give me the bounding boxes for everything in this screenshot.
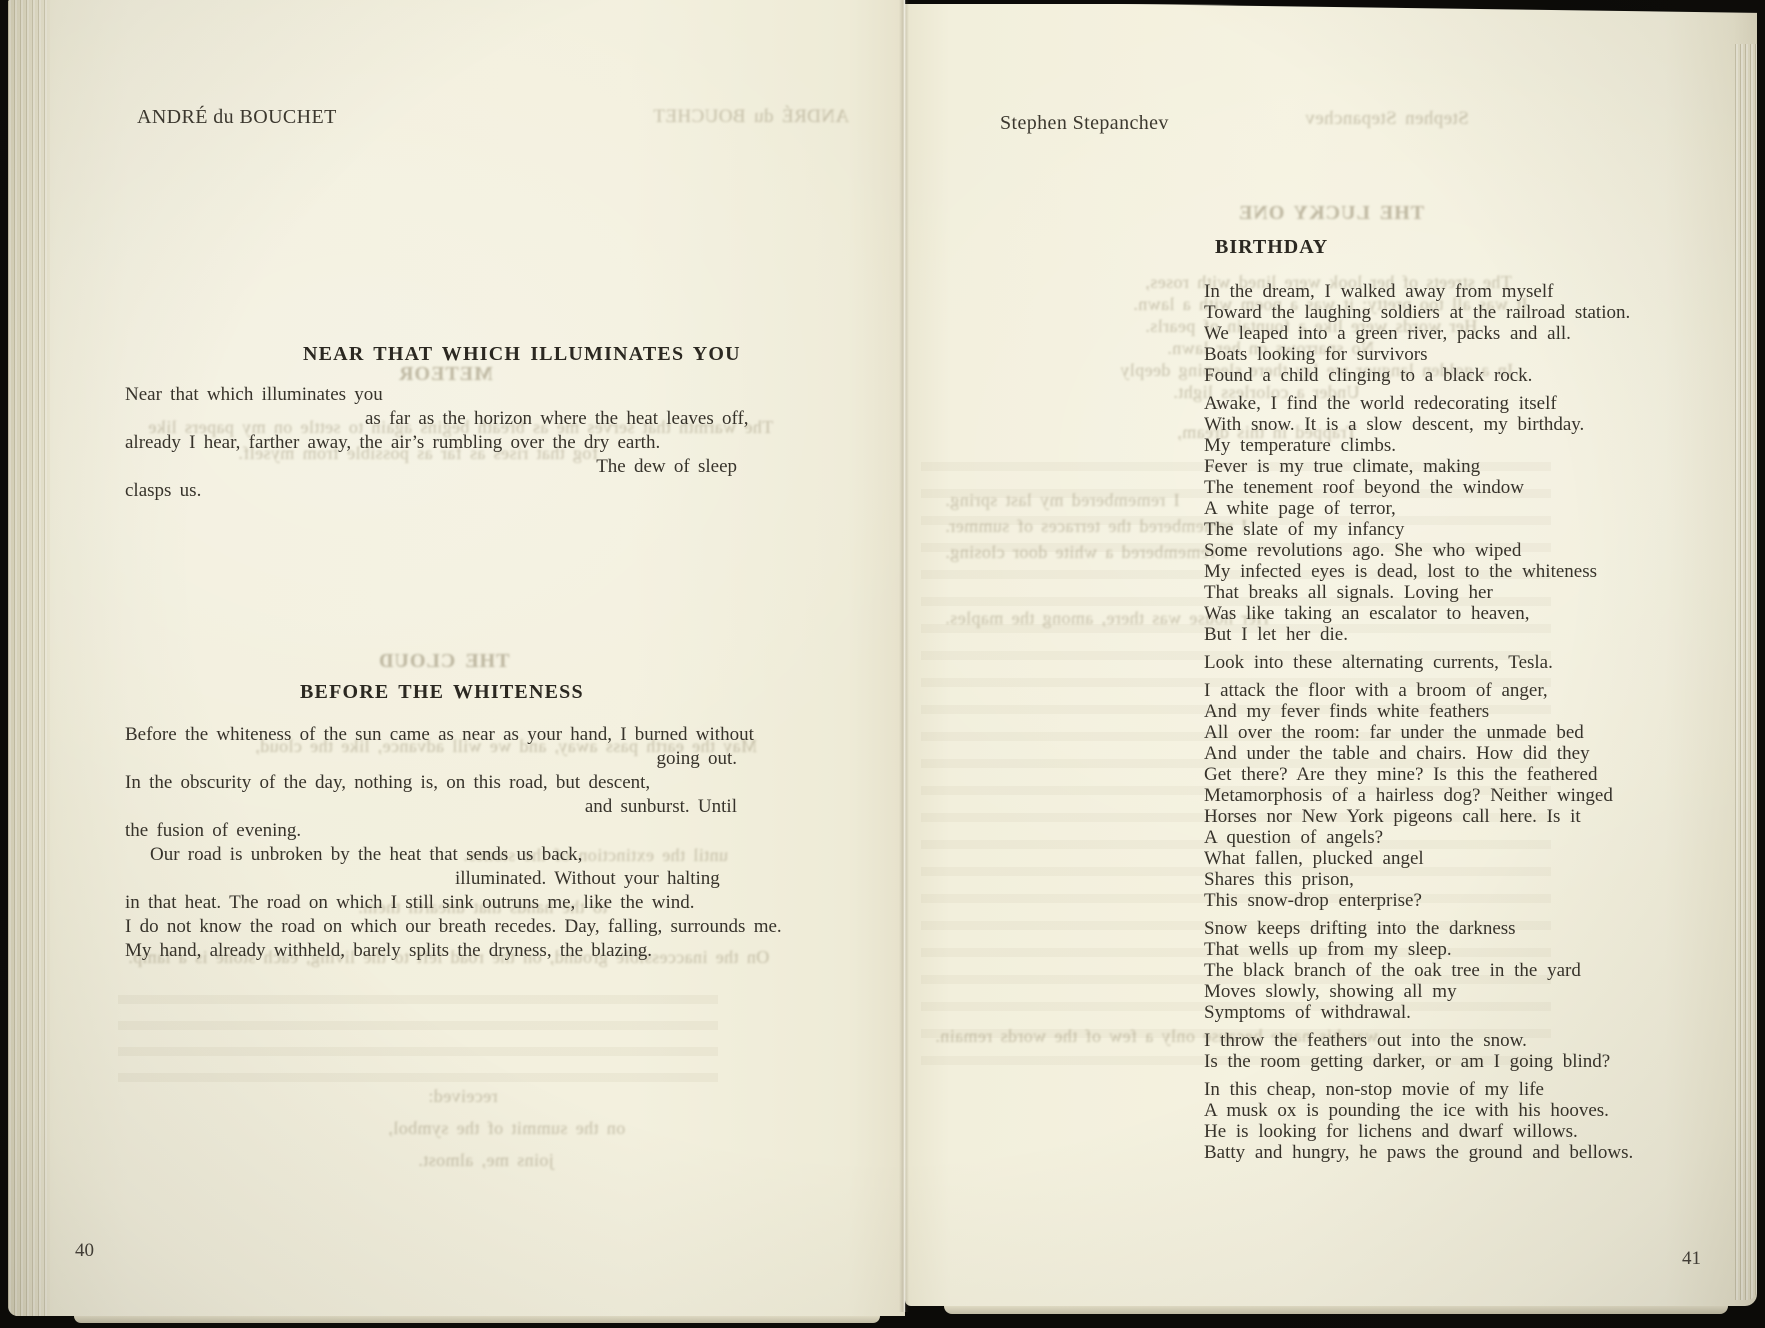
poem-line: Some revolutions ago. She who wiped xyxy=(1204,540,1634,561)
stanza: I attack the floor with a broom of anger… xyxy=(1204,680,1634,911)
poem-body-before-the-whiteness: Before the whiteness of the sun came as … xyxy=(125,723,737,963)
poem-line: And under the table and chairs. How did … xyxy=(1204,743,1634,764)
poem-line: and sunburst. Until xyxy=(125,795,737,819)
right-page: Stephen StepanchevTHE LUCKY ONEThe stree… xyxy=(905,4,1757,1306)
ghost-bleed-text: joins me, almost. xyxy=(418,1150,554,1171)
ghost-bleed-text: THE LUCKY ONE xyxy=(1238,202,1424,225)
poem-line: Near that which illuminates you xyxy=(125,383,737,407)
poem-line: illuminated. Without your halting xyxy=(455,867,737,891)
page-edges-bottom-left xyxy=(74,1316,880,1323)
poem-body-birthday: In the dream, I walked away from myselfT… xyxy=(1204,281,1634,1170)
poem-line: The tenement roof beyond the window xyxy=(1204,477,1634,498)
poem-line: What fallen, plucked angel xyxy=(1204,848,1634,869)
poem-line: Was like taking an escalator to heaven, xyxy=(1204,603,1634,624)
poem-line: And my fever finds white feathers xyxy=(1204,701,1634,722)
poem-line: A question of angels? xyxy=(1204,827,1634,848)
poem-line: Is the room getting darker, or am I goin… xyxy=(1204,1051,1634,1072)
stanza: Look into these alternating currents, Te… xyxy=(1204,652,1634,673)
poem-line: With snow. It is a slow descent, my birt… xyxy=(1204,414,1634,435)
poem-line: In this cheap, non-stop movie of my life xyxy=(1204,1079,1634,1100)
page-number-left: 40 xyxy=(75,1240,94,1262)
author-header-left: ANDRÉ du BOUCHET xyxy=(137,106,337,129)
page-number-right: 41 xyxy=(1682,1248,1701,1270)
poem-line: in that heat. The road on which I still … xyxy=(125,891,737,915)
left-page: ANDRÉ du BOUCHETMETEORThe warmth that se… xyxy=(8,0,905,1316)
ghost-bleed-text: I remembered a white door closing. xyxy=(945,542,1230,563)
poem-line: In the obscurity of the day, nothing is,… xyxy=(125,771,737,795)
poem-line: Boats looking for survivors xyxy=(1204,344,1634,365)
stanza: I throw the feathers out into the snow.I… xyxy=(1204,1030,1634,1072)
poem-line: The slate of my infancy xyxy=(1204,519,1634,540)
poem-line: All over the room: far under the unmade … xyxy=(1204,722,1634,743)
poem-line: Batty and hungry, he paws the ground and… xyxy=(1204,1142,1634,1163)
bleed-through-texture xyxy=(118,995,718,1085)
book-spread-photo: ANDRÉ du BOUCHETMETEORThe warmth that se… xyxy=(0,0,1765,1328)
poem-line: Snow keeps drifting into the darkness xyxy=(1204,918,1634,939)
poem-line: That breaks all signals. Loving her xyxy=(1204,582,1634,603)
poem-title-birthday: BIRTHDAY xyxy=(1215,236,1328,259)
poem-line: going out. xyxy=(125,747,737,771)
stanza: Awake, I find the world redecorating its… xyxy=(1204,393,1634,645)
poem-line: The black branch of the oak tree in the … xyxy=(1204,960,1634,981)
poem-line: My infected eyes is dead, lost to the wh… xyxy=(1204,561,1634,582)
stanza: In the dream, I walked away from myselfT… xyxy=(1204,281,1634,386)
poem-line: That wells up from my sleep. xyxy=(1204,939,1634,960)
poem-line: Fever is my true climate, making xyxy=(1204,456,1634,477)
poem-line: I attack the floor with a broom of anger… xyxy=(1204,680,1634,701)
poem-line: In the dream, I walked away from myself xyxy=(1204,281,1634,302)
poem-line: I throw the feathers out into the snow. xyxy=(1204,1030,1634,1051)
poem-line: A white page of terror, xyxy=(1204,498,1634,519)
poem-title-before-the-whiteness: BEFORE THE WHITENESS xyxy=(300,681,584,704)
poem-line: Before the whiteness of the sun came as … xyxy=(125,723,737,747)
poem-line: But I let her die. xyxy=(1204,624,1634,645)
poem-line: My hand, already withheld, barely splits… xyxy=(125,939,737,963)
poem-line: I do not know the road on which our brea… xyxy=(125,915,737,939)
poem-line: The dew of sleep xyxy=(125,455,737,479)
poem-line: He is looking for lichens and dwarf will… xyxy=(1204,1121,1634,1142)
ghost-bleed-text: on the summit of the symbol, xyxy=(388,1118,625,1139)
poem-line: already I hear, farther away, the air’s … xyxy=(125,431,737,455)
poem-line: A musk ox is pounding the ice with his h… xyxy=(1204,1100,1634,1121)
poem-line: Symptoms of withdrawal. xyxy=(1204,1002,1634,1023)
author-header-right: Stephen Stepanchev xyxy=(1000,112,1169,135)
poem-body-near-that-which: Near that which illuminates youas far as… xyxy=(125,383,737,503)
poem-line: Found a child clinging to a black rock. xyxy=(1204,365,1634,386)
poem-line: Moves slowly, showing all my xyxy=(1204,981,1634,1002)
stanza: In this cheap, non-stop movie of my life… xyxy=(1204,1079,1634,1163)
stanza: Snow keeps drifting into the darknessTha… xyxy=(1204,918,1634,1023)
ghost-bleed-text: I remembered the terraces of summer. xyxy=(945,516,1247,537)
page-edges-bottom-right xyxy=(944,1306,1728,1314)
poem-line: Get there? Are they mine? Is this the fe… xyxy=(1204,764,1634,785)
poem-line: Metamorphosis of a hairless dog? Neither… xyxy=(1204,785,1634,806)
poem-line: Toward the laughing soldiers at the rail… xyxy=(1204,302,1634,323)
poem-line: Awake, I find the world redecorating its… xyxy=(1204,393,1634,414)
ghost-bleed-text: ANDRÉ du BOUCHET xyxy=(653,106,849,128)
poem-line: Shares this prison, xyxy=(1204,869,1634,890)
poem-line: the fusion of evening. xyxy=(125,819,737,843)
ghost-bleed-text: Stephen Stepanchev xyxy=(1305,108,1469,130)
poem-line: This snow-drop enterprise? xyxy=(1204,890,1634,911)
ghost-bleed-text: THE CLOUD xyxy=(378,650,509,673)
ghost-bleed-text: received: xyxy=(428,1086,498,1107)
poem-line: as far as the horizon where the heat lea… xyxy=(365,407,737,431)
book-gutter-crease xyxy=(899,0,909,1312)
poem-line: Look into these alternating currents, Te… xyxy=(1204,652,1634,673)
poem-line: My temperature climbs. xyxy=(1204,435,1634,456)
poem-title-near-that-which-illuminates-you: NEAR THAT WHICH ILLUMINATES YOU xyxy=(303,343,741,366)
poem-line: clasps us. xyxy=(125,479,737,503)
poem-line: Our road is unbroken by the heat that se… xyxy=(150,843,737,867)
ghost-bleed-text: I remembered my last spring. xyxy=(945,490,1180,511)
poem-line: We leaped into a green river, packs and … xyxy=(1204,323,1634,344)
poem-line: Horses nor New York pigeons call here. I… xyxy=(1204,806,1634,827)
